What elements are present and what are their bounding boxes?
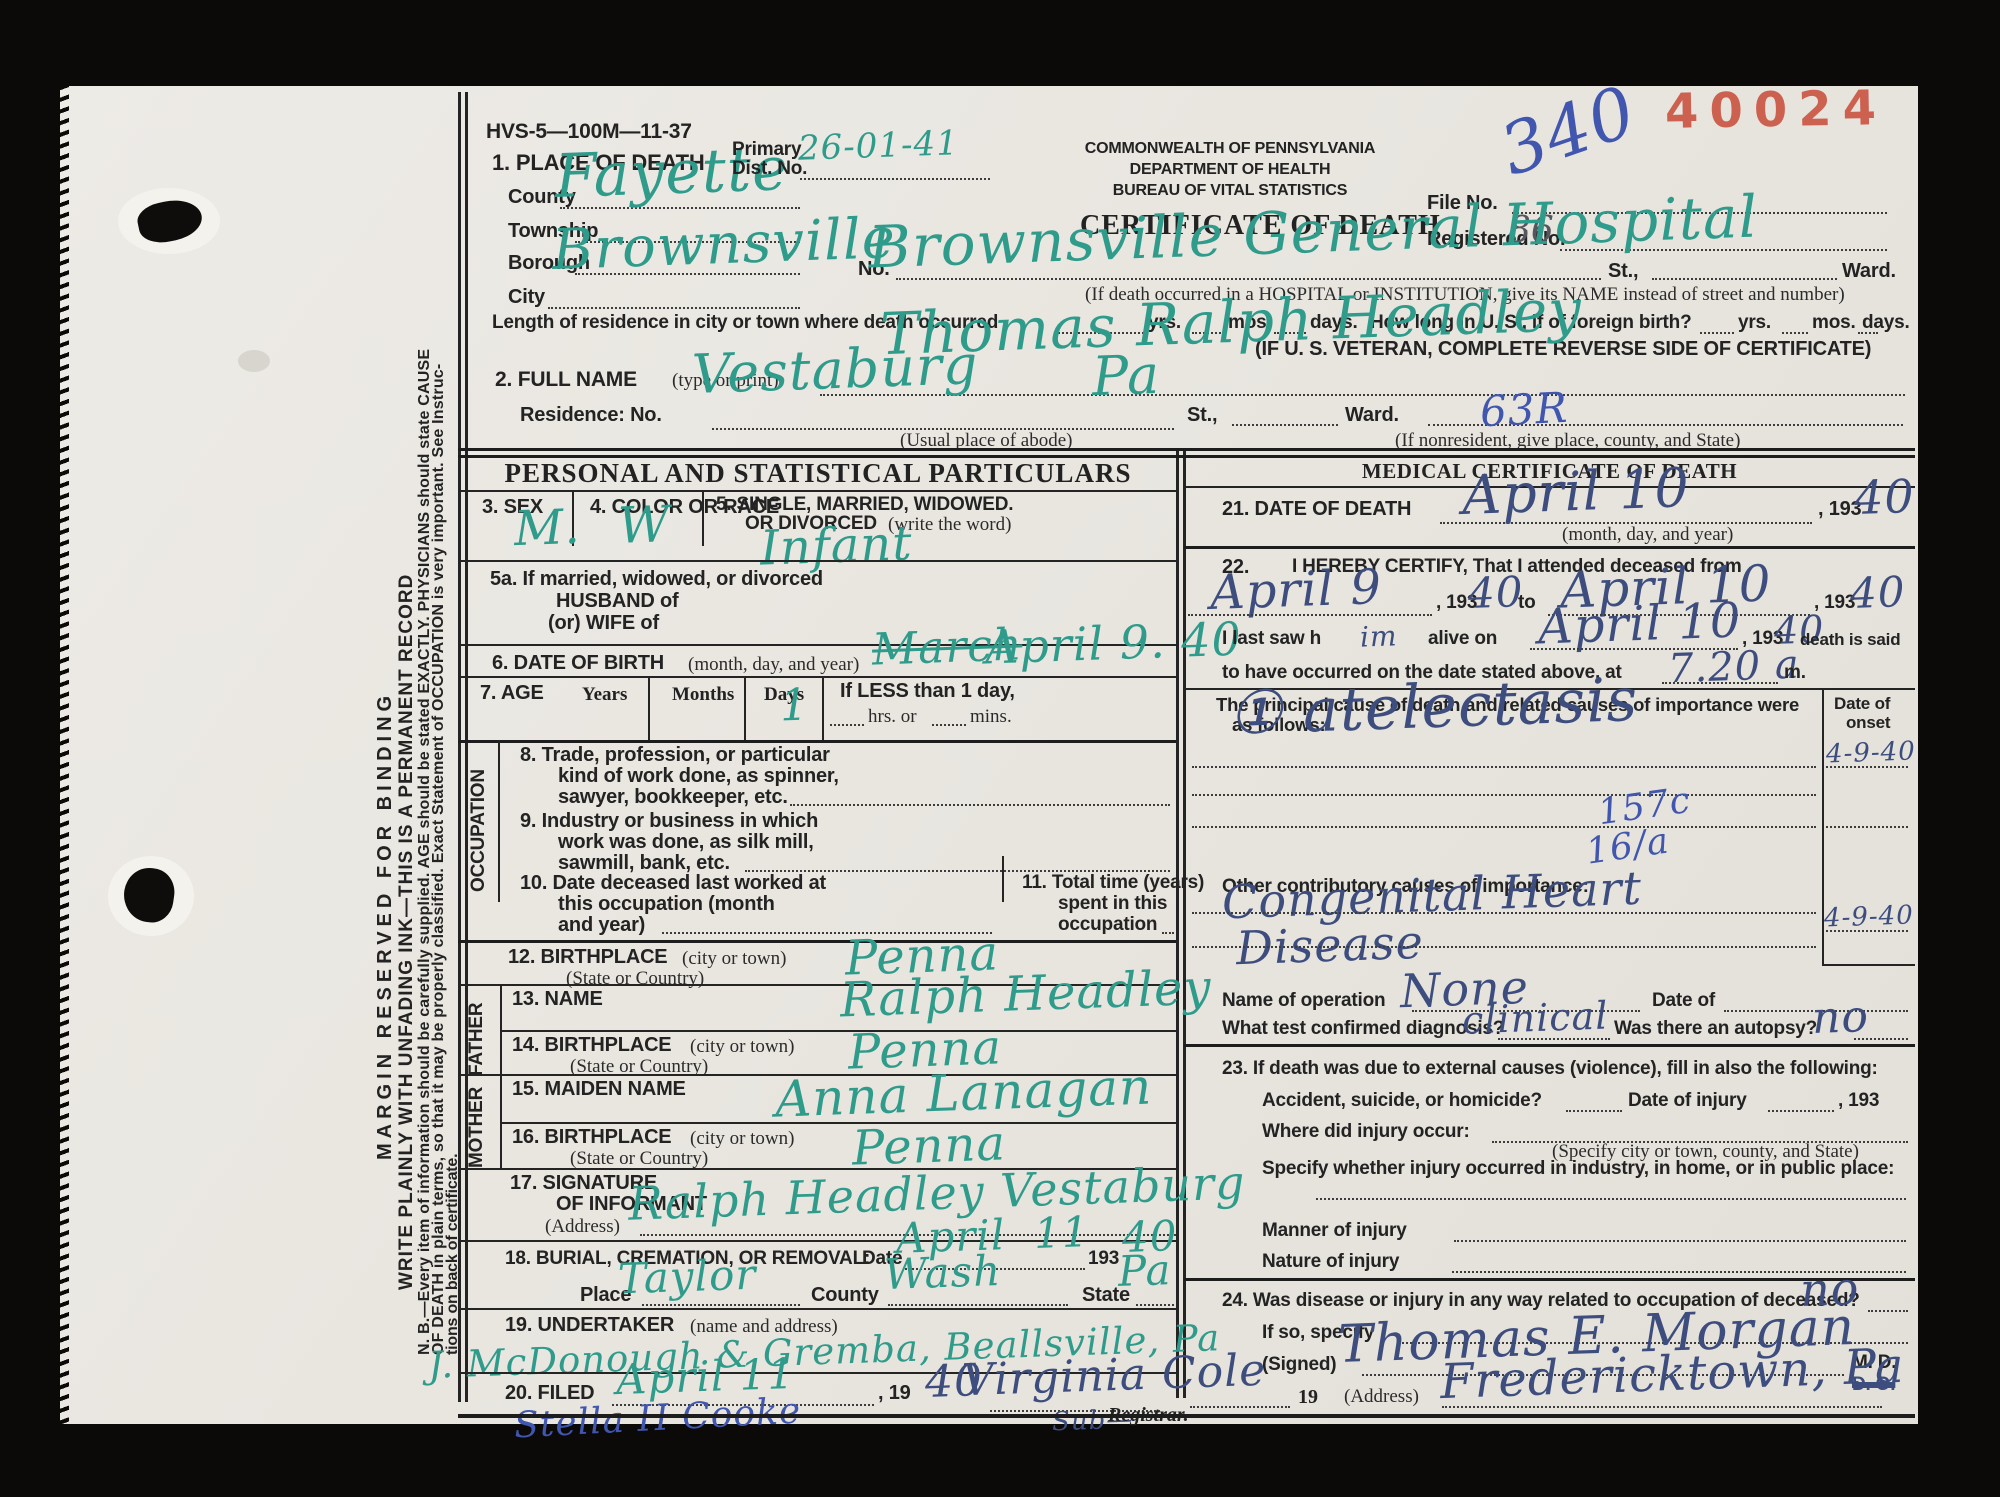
death-said-label: death is said	[1800, 630, 1900, 650]
rule	[458, 740, 1176, 743]
to-word: to	[1518, 592, 1536, 614]
year-handwritten: 40	[1853, 469, 1915, 525]
sex-handwritten: M.	[513, 499, 581, 557]
ward-handwritten-value: 63R	[1479, 383, 1570, 437]
hrs-label: hrs. or	[868, 706, 917, 728]
dotted-line	[1192, 910, 1816, 914]
race-handwritten: W	[617, 495, 671, 555]
form-border-line	[465, 92, 468, 1402]
dotted-line	[1192, 944, 1816, 948]
rule	[500, 1030, 1176, 1032]
dotted-line	[1700, 330, 1734, 334]
cause-of-death-handwritten: ① atelectasis	[1227, 665, 1639, 749]
ward-label: Ward.	[1345, 404, 1399, 427]
time-of-death-handwritten: 7.20 a	[1667, 642, 1800, 693]
less-than-day-label: If LESS than 1 day,	[840, 680, 1015, 703]
margin-note-binding: MARGIN RESERVED FOR BINDING	[374, 600, 396, 1160]
dotted-line	[1826, 928, 1908, 932]
dotted-line	[642, 1302, 800, 1306]
dotted-line	[820, 392, 1905, 396]
occ8-line1: 8. Trade, profession, or particular	[520, 744, 830, 767]
torn-paper-edge	[60, 86, 69, 1424]
occ11-line3: occupation	[1058, 914, 1157, 936]
dob-handwritten: April 9. 40	[984, 612, 1242, 675]
dotted-line	[1162, 930, 1174, 934]
year-handwritten: 40	[1467, 567, 1524, 618]
cell-divider	[500, 984, 502, 1074]
months-header: Months	[672, 684, 734, 706]
mos-label: mos.	[1812, 312, 1856, 334]
city-town-note: (city or town)	[690, 1036, 794, 1058]
dist-no-label: Dist. No.	[732, 158, 807, 180]
last-saw-label: I last saw h	[1222, 628, 1321, 650]
city-label: City	[508, 286, 545, 309]
dotted-line	[1826, 764, 1908, 768]
cell-divider	[500, 1074, 502, 1168]
husband-of-label: HUSBAND of	[556, 590, 678, 613]
external-causes-label: 23. If death was due to external causes …	[1222, 1058, 1878, 1080]
filed-year-printed: , 19	[878, 1382, 911, 1405]
dob-note: (month, day, and year)	[688, 654, 859, 676]
rule	[1184, 1044, 1915, 1047]
dotted-line	[888, 1302, 1068, 1306]
alive-on-label: alive on	[1428, 628, 1497, 650]
burial-county-handwritten: Wash	[883, 1246, 1002, 1299]
burial-day-handwritten: 11	[1033, 1207, 1090, 1258]
cell-divider	[702, 490, 704, 546]
nature-injury-label: Nature of injury	[1262, 1251, 1399, 1273]
full-name-label: 2. FULL NAME	[495, 368, 637, 392]
dotted-line	[790, 802, 1170, 806]
occ10-line2: this occupation (month	[558, 893, 775, 916]
father-birthplace-label: 14. BIRTHPLACE	[512, 1034, 671, 1057]
rule	[458, 676, 1176, 678]
paper-stain	[238, 350, 270, 372]
occupation-side-label: OCCUPATION	[468, 752, 492, 892]
occ8-line3: sawyer, bookkeeper, etc.	[558, 786, 788, 809]
undertaker-label: 19. UNDERTAKER	[505, 1314, 674, 1337]
him-handwritten: im	[1359, 619, 1398, 653]
scanned-death-certificate: { "colors": { "paper": "#e9e6e0", "print…	[0, 0, 2000, 1497]
occ10-line1: 10. Date deceased last worked at	[520, 872, 826, 895]
married-widowed-label: 5a. If married, widowed, or divorced	[490, 568, 823, 591]
residence-state-handwritten: Pa	[1091, 343, 1161, 408]
department-line: DEPARTMENT OF HEALTH	[1056, 161, 1404, 179]
dotted-line	[1136, 1302, 1174, 1306]
cell-divider	[744, 678, 746, 740]
occ9-line1: 9. Industry or business in which	[520, 810, 818, 833]
address-note: (Address)	[545, 1216, 620, 1238]
district-number-handwritten: 26-01-41	[797, 123, 959, 169]
test-handwritten: clinical	[1461, 993, 1609, 1042]
date-of-death-handwritten: April 10	[1461, 456, 1691, 527]
date-of-onset-label-2: onset	[1846, 713, 1890, 733]
dob-label: 6. DATE OF BIRTH	[492, 652, 664, 675]
state-country-note: (State or Country)	[570, 1148, 708, 1170]
street-label: St.,	[1187, 404, 1217, 427]
margin-note-permanent-record: WRITE PLAINLY WITH UNFADING INK—THIS IS …	[396, 360, 416, 1290]
registrar-signature-handwritten: Virginia Cole	[961, 1345, 1267, 1407]
onset-box-bottom	[1822, 964, 1915, 966]
year19-printed: 19	[1298, 1386, 1318, 1409]
burial-county-label: County	[811, 1284, 879, 1307]
father-side-label: FATHER	[466, 992, 490, 1076]
dotted-line	[548, 305, 800, 309]
dotted-line	[1188, 612, 1432, 616]
dotted-line	[1192, 764, 1816, 768]
specify-where-label: Specify whether injury occurred in indus…	[1262, 1158, 1894, 1180]
residence-handwritten: Vestaburg	[691, 333, 979, 406]
form-bottom-rule	[458, 1414, 1915, 1418]
dotted-line	[1652, 276, 1837, 280]
dotted-line	[1854, 1036, 1908, 1040]
certificate-number-stamp: 40024	[1665, 80, 1888, 140]
m-label: m.	[1784, 662, 1806, 684]
commonwealth-line: COMMONWEALTH OF PENNSYLVANIA	[1056, 140, 1404, 158]
dotted-line	[1454, 1238, 1906, 1242]
occ11-line2: spent in this	[1058, 893, 1167, 915]
age-days-handwritten: 1	[779, 680, 810, 732]
borough-handwritten-value: Brownsville	[551, 206, 897, 283]
dotted-line	[1782, 330, 1808, 334]
rule	[1184, 546, 1915, 549]
residence-label: Residence: No.	[520, 404, 662, 427]
date-of-onset-label-1: Date of	[1834, 694, 1890, 714]
occ8-line2: kind of work done, as spinner,	[558, 765, 839, 788]
form-border-line	[458, 92, 461, 1402]
month-day-year-note: (month, day, and year)	[1562, 524, 1733, 546]
burial-year-printed: 193	[1088, 1248, 1119, 1270]
burial-place-handwritten: Taylor	[617, 1250, 757, 1304]
manner-injury-label: Manner of injury	[1262, 1220, 1407, 1242]
year-printed: , 193	[1838, 1090, 1879, 1112]
dotted-line	[800, 176, 990, 180]
mins-label: mins.	[970, 706, 1012, 728]
cell-divider	[822, 678, 824, 740]
cell-divider	[1002, 856, 1004, 902]
rule	[458, 490, 1176, 492]
occ9-line2: work was done, as silk mill,	[558, 831, 814, 854]
rule	[458, 560, 1176, 562]
column-divider-line	[1183, 450, 1186, 1398]
city-town-note: (city or town)	[682, 948, 786, 970]
street-label: St.,	[1608, 260, 1638, 283]
rule	[458, 940, 1176, 943]
autopsy-label: Was there an autopsy?	[1614, 1018, 1817, 1040]
dotted-line	[1566, 1108, 1622, 1112]
section-rule	[458, 448, 1915, 451]
dotted-line	[1768, 1108, 1834, 1112]
mother-side-label: MOTHER	[466, 1082, 490, 1168]
father-name-label: 13. NAME	[512, 988, 603, 1011]
operation-label: Name of operation	[1222, 990, 1385, 1012]
where-injury-label: Where did injury occur:	[1262, 1121, 1470, 1143]
yrs-label: yrs.	[1738, 312, 1771, 334]
dotted-line	[1192, 824, 1816, 828]
mother-birthplace-label: 16. BIRTHPLACE	[512, 1126, 671, 1149]
maiden-name-label: 15. MAIDEN NAME	[512, 1078, 686, 1101]
occ10-line3: and year)	[558, 914, 645, 937]
operation-date-label: Date of	[1652, 990, 1715, 1012]
wife-of-label: (or) WIFE of	[548, 612, 659, 635]
ward-label: Ward.	[1842, 260, 1896, 283]
dotted-line	[1232, 422, 1338, 426]
rule	[458, 1308, 1176, 1310]
dotted-line	[1868, 1308, 1908, 1312]
rule	[500, 1122, 1176, 1124]
years-header: Years	[582, 684, 627, 706]
dotted-line	[1826, 824, 1908, 828]
date-of-death-label: 21. DATE OF DEATH	[1222, 498, 1411, 521]
year-handwritten: 40	[1849, 567, 1906, 618]
address-label: (Address)	[1344, 1386, 1419, 1408]
birthplace12-label: 12. BIRTHPLACE	[508, 946, 667, 969]
cell-divider	[648, 678, 650, 740]
dotted-line	[932, 722, 966, 726]
days-label: days.	[1862, 312, 1910, 334]
dotted-line	[830, 722, 864, 726]
dotted-line	[1192, 792, 1816, 796]
signed-label: (Signed)	[1262, 1354, 1336, 1376]
state-country-note: (State or Country)	[566, 968, 704, 990]
dotted-line	[1316, 1196, 1906, 1200]
accident-label: Accident, suicide, or homicide?	[1262, 1090, 1542, 1112]
cell-divider	[498, 740, 500, 902]
occ11-line1: 11. Total time (years)	[1022, 872, 1204, 894]
dotted-line	[1190, 1404, 1290, 1408]
burial-state-handwritten: Pa	[1117, 1245, 1172, 1296]
age-label: 7. AGE	[480, 682, 544, 705]
personal-section-title: PERSONAL AND STATISTICAL PARTICULARS	[460, 458, 1176, 489]
city-town-note: (city or town)	[690, 1128, 794, 1150]
date-injury-label: Date of injury	[1628, 1090, 1747, 1112]
